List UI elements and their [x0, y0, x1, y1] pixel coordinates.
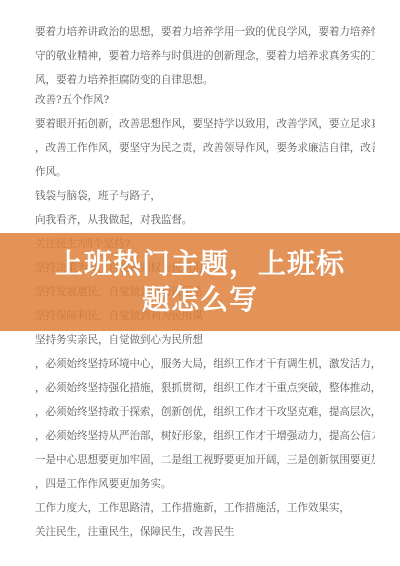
section-heading: 改善?五个作风?: [35, 94, 375, 106]
banner-title: 上班热门主题，上班标 题怎么写: [0, 233, 400, 331]
paragraph-line: 工作力度大，工作思路清，工作措施新，工作措施活，工作效果实，: [35, 502, 375, 514]
paragraph-line: ，必须始终坚持敢于探索，创新创优，组织工作才干攻坚克难，提高层次，: [35, 406, 375, 418]
paragraph-line: 向我看齐，从我做起，对我监督。: [35, 214, 375, 226]
paragraph-line: ，改善工作作风，要坚守为民之责，改善领导作风，要务求廉洁自律，改善生活: [35, 142, 375, 154]
paragraph-line: ，四是工作作风要更加务实。: [35, 478, 375, 490]
paragraph-line: 坚持务实亲民，自觉做到心为民所想: [35, 334, 375, 346]
paragraph-line: 钱袋与脑袋，班子与路子，: [35, 190, 375, 202]
paragraph-line: ，必须始终坚持强化措施，狠抓贯彻，组织工作才干重点突破，整体推动，: [35, 382, 375, 394]
paragraph-line: ，必须始终坚持环境中心，服务大局，组织工作才干有调生机，激发活力，: [35, 358, 375, 370]
title-banner: 上班热门主题，上班标 题怎么写: [0, 233, 400, 331]
paragraph-line: 一是中心思想要更加牢固，二是组工视野要更加开阔，三是创新氛围要更加浓郁: [35, 454, 375, 466]
paragraph-line: 要着力培养讲政治的思想，要着力培养学用一致的优良学风，要着力培养恪尽职: [35, 26, 375, 38]
banner-title-line-1: 上班热门主题，上班标: [55, 246, 345, 282]
paragraph-line: 守的敬业精神，要着力培养与时俱进的创新理念，要着力培养求真务实的工作作: [35, 50, 375, 62]
paragraph-line: 关注民生，注重民生，保障民生，改善民生: [35, 526, 375, 538]
paragraph-line: 作风。: [35, 166, 375, 178]
document-page: 要着力培养讲政治的思想，要着力培养学用一致的优良学风，要着力培养恪尽职 守的敬业…: [0, 0, 400, 566]
banner-title-line-2: 题怎么写: [142, 282, 258, 318]
paragraph-line: 要着眼开拓创新，改善思想作风，要坚持学以致用，改善学风，要立足求真务实: [35, 118, 375, 130]
paragraph-line: 风，要着力培养拒腐防变的自律思想。: [35, 74, 375, 86]
paragraph-line: ，必须始终坚持从严治部，树好形象，组织工作才干增强动力，提高公信力。: [35, 430, 375, 442]
